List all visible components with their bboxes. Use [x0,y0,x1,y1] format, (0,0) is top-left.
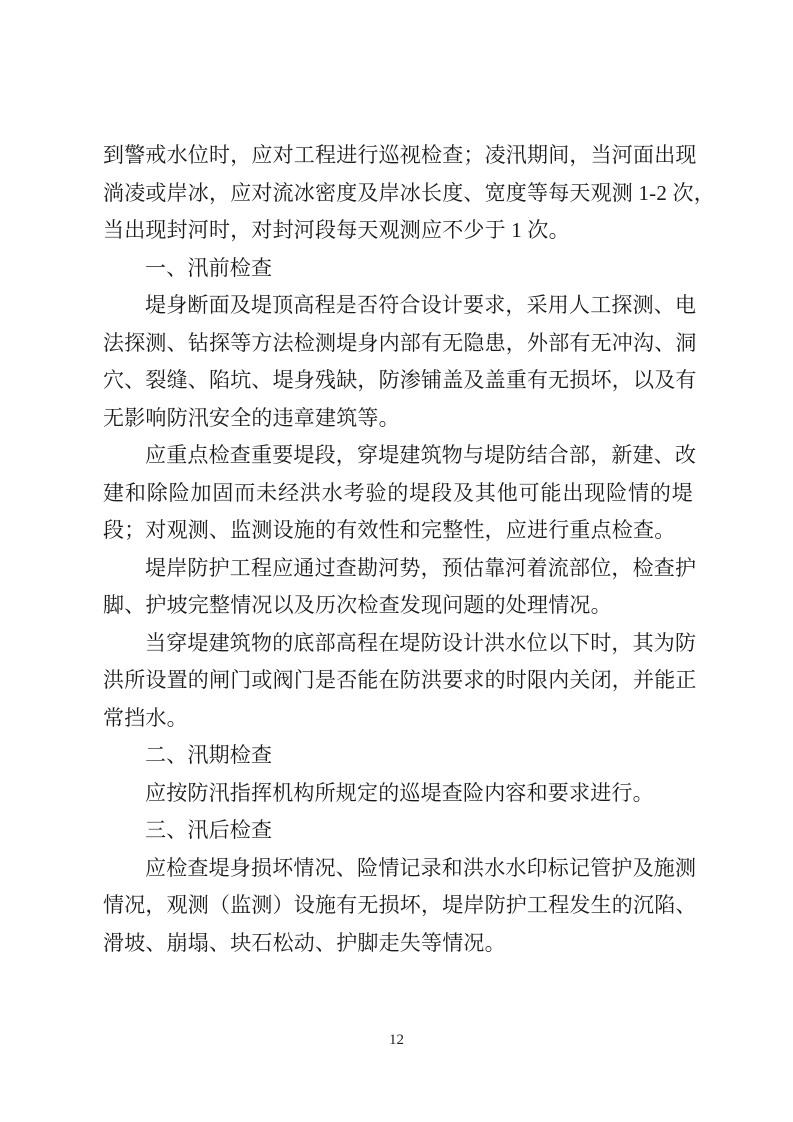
document-text: 到警戒水位时，应对工程进行巡视检查；凌汛期间，当河面出现淌凌或岸冰，应对流冰密度… [103,137,693,962]
text-line: 段；对观测、监测设施的有效性和完整性，应进行重点检查。 [103,512,693,550]
page-number: 12 [0,1030,793,1050]
text-line: 穴、裂缝、陷坑、堤身残缺，防渗铺盖及盖重有无损坏，以及有 [103,362,693,400]
text-line: 当出现封河时，对封河段每天观测应不少于 1 次。 [103,212,693,250]
text-line: 当穿堤建筑物的底部高程在堤防设计洪水位以下时，其为防 [103,625,693,663]
text-line: 常挡水。 [103,700,693,738]
text-line: 应按防汛指挥机构所规定的巡堤查险内容和要求进行。 [103,775,693,813]
text-line: 滑坡、崩塌、块石松动、护脚走失等情况。 [103,925,693,963]
text-line: 建和除险加固而未经洪水考验的堤段及其他可能出现险情的堤 [103,475,693,513]
section-heading: 二、汛期检查 [103,737,693,775]
text-line: 堤身断面及堤顶高程是否符合设计要求，采用人工探测、电 [103,287,693,325]
text-line: 堤岸防护工程应通过查勘河势，预估靠河着流部位，检查护 [103,550,693,588]
section-heading: 一、汛前检查 [103,250,693,288]
text-line: 无影响防汛安全的违章建筑等。 [103,400,693,438]
text-line: 洪所设置的闸门或阀门是否能在防洪要求的时限内关闭，并能正 [103,662,693,700]
text-line: 脚、护坡完整情况以及历次检查发现问题的处理情况。 [103,587,693,625]
text-line: 淌凌或岸冰，应对流冰密度及岸冰长度、宽度等每天观测 1-2 次， [103,175,693,213]
text-line: 法探测、钻探等方法检测堤身内部有无隐患，外部有无冲沟、洞 [103,325,693,363]
text-line: 情况，观测（监测）设施有无损坏，堤岸防护工程发生的沉陷、 [103,887,693,925]
document-page: 到警戒水位时，应对工程进行巡视检查；凌汛期间，当河面出现淌凌或岸冰，应对流冰密度… [0,0,793,1122]
text-line: 到警戒水位时，应对工程进行巡视检查；凌汛期间，当河面出现 [103,137,693,175]
text-line: 应重点检查重要堤段，穿堤建筑物与堤防结合部，新建、改 [103,437,693,475]
section-heading: 三、汛后检查 [103,812,693,850]
text-line: 应检查堤身损坏情况、险情记录和洪水水印标记管护及施测 [103,850,693,888]
